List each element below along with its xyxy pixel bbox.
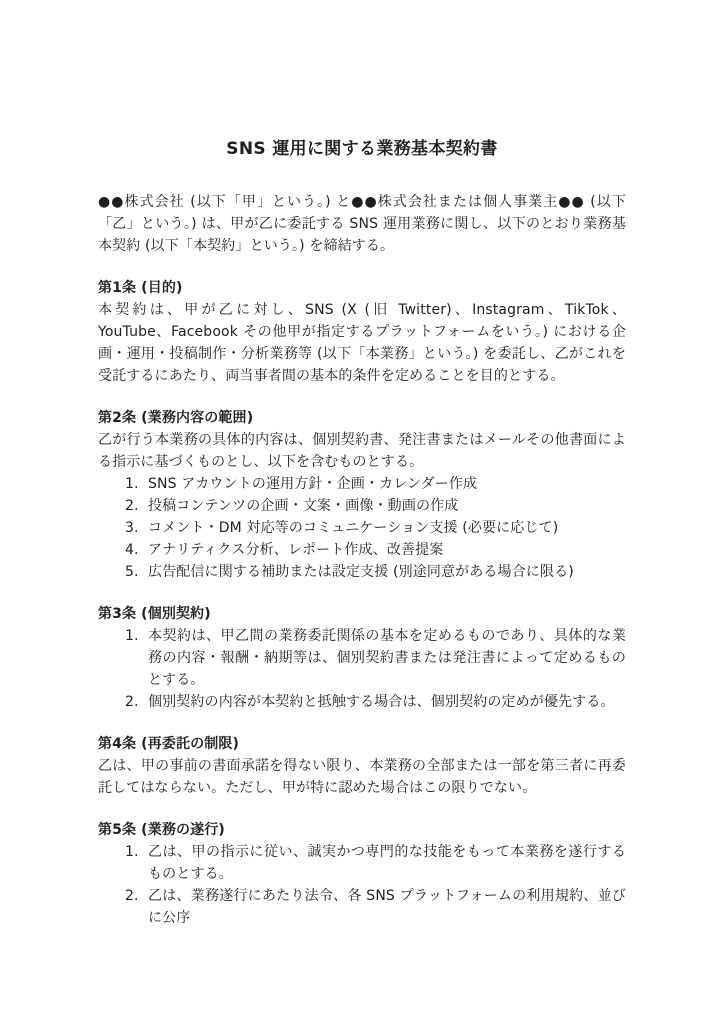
article-5-heading: 第5条 (業務の遂行) <box>98 819 626 841</box>
article-4: 第4条 (再委託の制限) 乙は、甲の事前の書面承諾を得ない限り、本業務の全部また… <box>98 733 626 799</box>
intro-paragraph: ●●株式会社 (以下「甲」という。) と●●株式会社または個人事業主●● (以下… <box>98 191 626 257</box>
list-item-text: アナリティクス分析、レポート作成、改善提案 <box>148 539 626 561</box>
article-3-heading: 第3条 (個別契約) <box>98 603 626 625</box>
list-item-number: 1. <box>125 625 148 691</box>
list-item: 2. 乙は、業務遂行にあたり法令、各 SNS プラットフォームの利用規約、並びに… <box>98 885 626 929</box>
list-item-number: 2. <box>125 691 148 713</box>
list-item-number: 3. <box>125 517 148 539</box>
list-item-number: 1. <box>125 841 148 885</box>
article-4-heading: 第4条 (再委託の制限) <box>98 733 626 755</box>
list-item-number: 5. <box>125 561 148 583</box>
list-item-text: 本契約は、甲乙間の業務委託関係の基本を定めるものであり、具体的な業務の内容・報酬… <box>148 625 626 691</box>
list-item-text: 乙は、甲の指示に従い、誠実かつ専門的な技能をもって本業務を遂行するものとする。 <box>148 841 626 885</box>
list-item: 2. 投稿コンテンツの企画・文案・画像・動画の作成 <box>98 495 626 517</box>
list-item-number: 2. <box>125 495 148 517</box>
list-item-number: 2. <box>125 885 148 929</box>
list-item: 4. アナリティクス分析、レポート作成、改善提案 <box>98 539 626 561</box>
list-item-text: 投稿コンテンツの企画・文案・画像・動画の作成 <box>148 495 626 517</box>
article-2-heading: 第2条 (業務内容の範囲) <box>98 407 626 429</box>
list-item-number: 1. <box>125 473 148 495</box>
list-item-number: 4. <box>125 539 148 561</box>
list-item: 1. 乙は、甲の指示に従い、誠実かつ専門的な技能をもって本業務を遂行するものとす… <box>98 841 626 885</box>
article-1-body: 本契約は、甲が乙に対し、SNS (X (旧 Twitter)、Instagram… <box>98 299 626 387</box>
article-4-body: 乙は、甲の事前の書面承諾を得ない限り、本業務の全部または一部を第三者に再委託して… <box>98 755 626 799</box>
article-2-body: 乙が行う本業務の具体的内容は、個別契約書、発注書またはメールその他書面による指示… <box>98 429 626 473</box>
list-item-text: SNS アカウントの運用方針・企画・カレンダー作成 <box>148 473 626 495</box>
article-2-item-list: 1. SNS アカウントの運用方針・企画・カレンダー作成 2. 投稿コンテンツの… <box>98 473 626 583</box>
list-item: 5. 広告配信に関する補助または設定支援 (別途同意がある場合に限る) <box>98 561 626 583</box>
article-1-heading: 第1条 (目的) <box>98 277 626 299</box>
document-page: SNS 運用に関する業務基本契約書 ●●株式会社 (以下「甲」という。) と●●… <box>0 0 724 1024</box>
list-item: 1. 本契約は、甲乙間の業務委託関係の基本を定めるものであり、具体的な業務の内容… <box>98 625 626 691</box>
article-3-item-list: 1. 本契約は、甲乙間の業務委託関係の基本を定めるものであり、具体的な業務の内容… <box>98 625 626 713</box>
list-item-text: 広告配信に関する補助または設定支援 (別途同意がある場合に限る) <box>148 561 626 583</box>
list-item: 3. コメント・DM 対応等のコミュニケーション支援 (必要に応じて) <box>98 517 626 539</box>
list-item: 1. SNS アカウントの運用方針・企画・カレンダー作成 <box>98 473 626 495</box>
article-5-item-list: 1. 乙は、甲の指示に従い、誠実かつ専門的な技能をもって本業務を遂行するものとす… <box>98 841 626 929</box>
list-item-text: 個別契約の内容が本契約と抵触する場合は、個別契約の定めが優先する。 <box>148 691 626 713</box>
list-item-text: 乙は、業務遂行にあたり法令、各 SNS プラットフォームの利用規約、並びに公序 <box>148 885 626 929</box>
document-title: SNS 運用に関する業務基本契約書 <box>98 136 626 162</box>
article-3: 第3条 (個別契約) 1. 本契約は、甲乙間の業務委託関係の基本を定めるものであ… <box>98 603 626 713</box>
list-item-text: コメント・DM 対応等のコミュニケーション支援 (必要に応じて) <box>148 517 626 539</box>
list-item: 2. 個別契約の内容が本契約と抵触する場合は、個別契約の定めが優先する。 <box>98 691 626 713</box>
article-1: 第1条 (目的) 本契約は、甲が乙に対し、SNS (X (旧 Twitter)、… <box>98 277 626 387</box>
article-2: 第2条 (業務内容の範囲) 乙が行う本業務の具体的内容は、個別契約書、発注書また… <box>98 407 626 583</box>
article-5: 第5条 (業務の遂行) 1. 乙は、甲の指示に従い、誠実かつ専門的な技能をもって… <box>98 819 626 929</box>
